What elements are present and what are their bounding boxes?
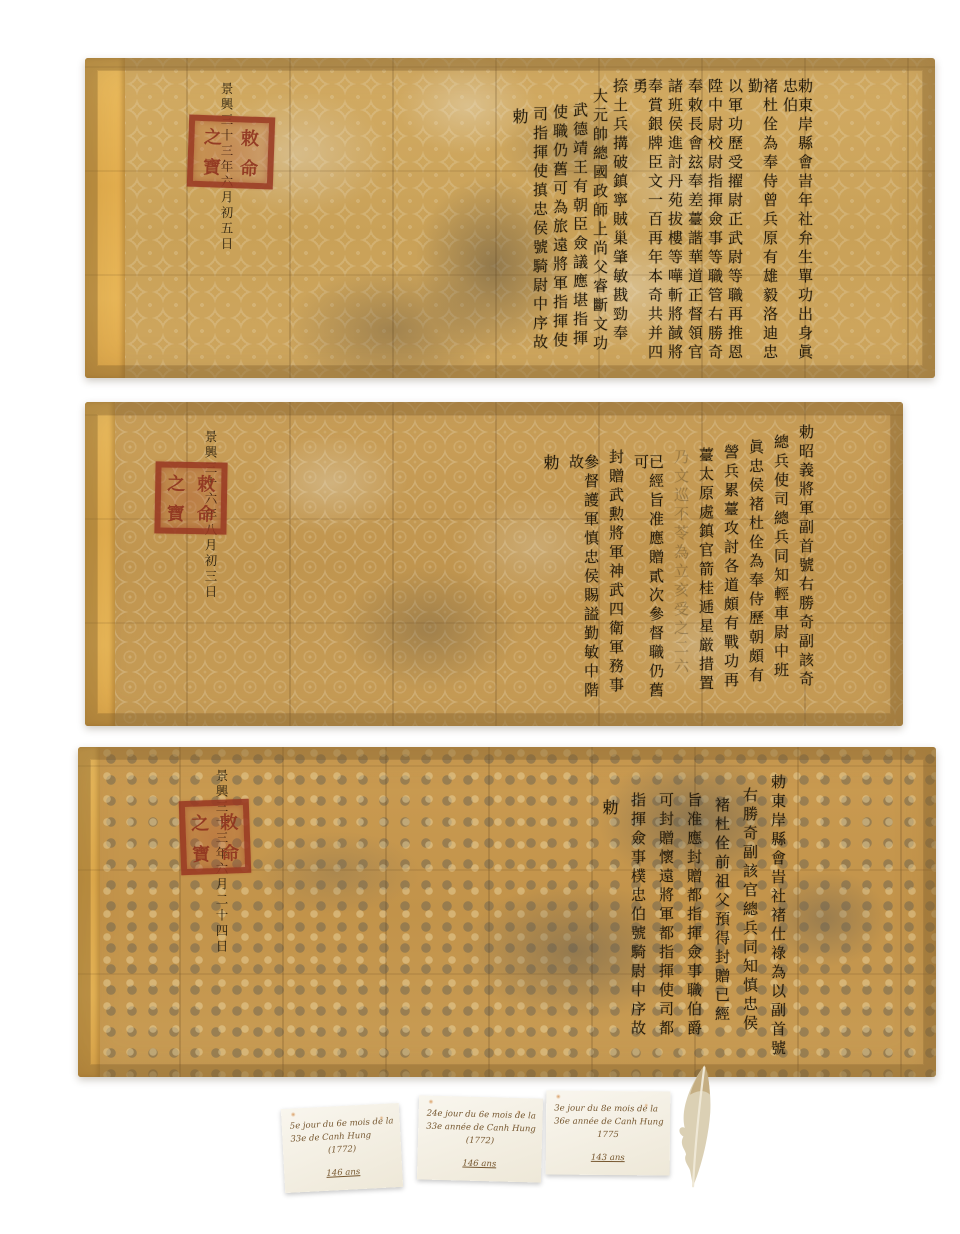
collector-label-2: 24e jour du 6e mois de la 33e année de C…	[417, 1095, 543, 1182]
text-column: 勅東岸縣會旹年社弁生單功出身眞忠伯	[782, 74, 812, 366]
seal-character: 命	[190, 498, 221, 529]
text-column: 旨准應封贈都指揮僉事職伯爵	[686, 765, 701, 1063]
text-column: 眞忠侯褚杜佺為奉侍歷朝頗有	[748, 418, 763, 714]
mounting-edge	[85, 402, 115, 726]
imperial-seal: 敕 之 命 寶	[179, 799, 252, 875]
seal-character: 寶	[160, 497, 191, 528]
imperial-seal: 敕 之 命 寶	[187, 115, 275, 190]
calligraphy-block: 勅東岸縣會旹年社弁生單功出身眞忠伯 褚杜佺為奉侍曾兵原有雄毅洛迪忠勤 以軍功歷受…	[499, 74, 817, 366]
text-column: 勅東岸縣會旹社褚仕祿為以副首號	[770, 765, 785, 1063]
calligraphy-block: 勅東岸縣會旹社褚仕祿為以副首號 右勝奇副該官總兵同知慎忠侯 褚杜佺前祖父預得封贈…	[579, 765, 798, 1063]
edict-kicker: 勅	[601, 765, 617, 1063]
text-column: 謍兵累薹攻討各道頗有戰功再	[723, 418, 738, 714]
label-note: 146 ans	[425, 1156, 533, 1172]
calligraphy-block: 勅昭義將軍副首號右勝奇副該奇 總兵使司總兵同知輕車尉中班 眞忠侯褚杜佺為奉侍歷朝…	[522, 418, 823, 714]
label-line: 36e année de Canh Hung	[554, 1116, 662, 1130]
text-column: 右勝奇副該官總兵同知慎忠侯	[742, 765, 757, 1063]
seal-character: 敕	[231, 122, 269, 153]
text-column: 封贈武勲將軍神武四衛軍務事	[608, 418, 623, 714]
text-column: 武德靖王有朝臣僉議應堪指揮	[572, 74, 587, 366]
imperial-seal: 敕 之 命 寶	[154, 461, 227, 534]
edict-scroll-bottom: 勅東岸縣會旹社褚仕祿為以副首號 右勝奇副該官總兵同知慎忠侯 褚杜佺前祖父預得封贈…	[78, 747, 936, 1077]
seal-character: 命	[215, 836, 245, 868]
label-line: (1772)	[426, 1134, 534, 1150]
seal-character: 敕	[214, 805, 244, 837]
edict-kicker: 勅	[542, 418, 558, 714]
label-line: 3e jour du 8e mois de la	[554, 1103, 662, 1117]
text-column: 使職仍舊可為旅遠將軍指揮使	[552, 74, 567, 366]
text-column: 褚杜佺前祖父預得封贈已經	[714, 765, 729, 1063]
seal-character: 寶	[193, 151, 231, 182]
edict-kicker: 勅	[511, 74, 527, 366]
text-column: 大元帥總國政師上尚父睿斷文功	[592, 74, 607, 366]
collector-label-1: 5e jour du 6e mois de la 33e de Canh Hun…	[281, 1103, 403, 1193]
edict-scroll-middle: 勅昭義將軍副首號右勝奇副該奇 總兵使司總兵同知輕車尉中班 眞忠侯褚杜佺為奉侍歷朝…	[85, 402, 903, 726]
text-column: 薹太原處鎮官箭桂逓星厳措置	[698, 418, 713, 714]
seal-character: 命	[230, 152, 268, 183]
text-column: 褚杜佺為奉侍曾兵原有雄毅洛迪忠勤	[747, 74, 777, 366]
photograph-of-edicts: 勅東岸縣會旹年社弁生單功出身眞忠伯 褚杜佺為奉侍曾兵原有雄毅洛迪忠勤 以軍功歷受…	[0, 0, 960, 1234]
text-column-faded: 乃文巡不苓為立亥受之二六	[673, 418, 688, 714]
label-note: 146 ans	[292, 1164, 395, 1182]
mounting-edge	[78, 747, 100, 1077]
text-column: 陞中尉校尉指揮僉事等職管右勝奇	[707, 74, 722, 366]
text-column: 司指揮使搷忠侯號騎尉中序故	[532, 74, 547, 366]
text-column: 奉敕長會玆奉差薹諧華道正督領官	[687, 74, 702, 366]
text-column: 勅昭義將軍副首號右勝奇副該奇	[798, 418, 813, 714]
text-column: 總兵使司總兵同知輕車尉中班	[773, 418, 788, 714]
seal-character: 敕	[191, 468, 222, 499]
text-column: 捺土兵搆破鎮寧賊巢肇敏戡勁奉	[612, 74, 627, 366]
text-column: 可封贈懷遠將軍都指揮使司都	[658, 765, 673, 1063]
seal-character: 之	[194, 121, 232, 152]
text-column: 指揮僉事樸忠伯號騎尉中序故	[630, 765, 645, 1063]
brocade-border	[78, 747, 936, 1077]
seal-character: 寶	[186, 837, 216, 869]
seal-character: 之	[185, 806, 215, 838]
edict-scroll-top: 勅東岸縣會旹年社弁生單功出身眞忠伯 褚杜佺為奉侍曾兵原有雄毅洛迪忠勤 以軍功歷受…	[85, 58, 935, 378]
text-column: 參督護軍慎忠侯賜謚勤敏中階故	[568, 418, 598, 714]
text-column: 已經旨准應贈貳次參督職仍舊可	[633, 418, 663, 714]
label-line: 1775	[554, 1129, 662, 1143]
text-column: 諸班侯進討丹苑拔樓等嘩斬將馘將	[667, 74, 682, 366]
mounting-edge	[85, 58, 125, 378]
fold-creases	[78, 747, 936, 1077]
seal-character: 之	[161, 467, 192, 498]
text-column: 以軍功歷受擢尉正武尉等職再推恩	[727, 74, 742, 366]
text-column: 奉賞銀牌臣文一百再年本奇共并四勇	[632, 74, 662, 366]
